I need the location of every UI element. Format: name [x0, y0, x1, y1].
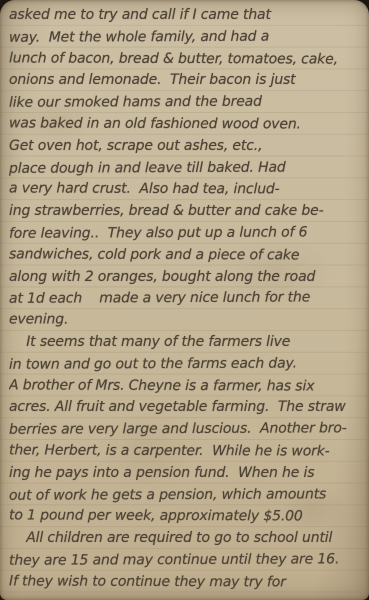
handwriting-line: onions and lemonade. Their bacon is just — [9, 70, 367, 92]
handwriting-line: All children are required to go to schoo… — [9, 528, 367, 550]
handwriting-line: along with 2 oranges, bought along the r… — [9, 267, 367, 289]
handwriting-line: berries are very large and luscious. Ano… — [9, 418, 367, 441]
handwriting-line: asked me to try and call if I came that — [9, 5, 367, 27]
handwriting-line: place dough in and leave till baked. Had — [9, 157, 367, 180]
handwriting-line: It seems that many of the farmers live — [9, 332, 367, 354]
handwriting-line: fore leaving.. They also put up a lunch … — [9, 222, 367, 245]
handwriting-line: lunch of bacon, bread & butter, tomatoes… — [9, 48, 367, 71]
handwriting-line: Get oven hot, scrape out ashes, etc., — [9, 136, 367, 158]
handwriting-line: evening. — [9, 310, 367, 333]
handwriting-line: to 1 pound per week, approximately $5.00 — [9, 506, 367, 529]
handwriting-line: at 1d each made a very nice lunch for th… — [9, 288, 367, 311]
photo-background: asked me to try and call if I came that … — [0, 0, 369, 600]
handwriting-line: ther, Herbert, is a carpenter. While he … — [9, 440, 367, 463]
handwriting-line: like our smoked hams and the bread — [9, 91, 367, 114]
handwriting-line: sandwiches, cold pork and a piece of cak… — [9, 244, 367, 267]
handwriting-line: ing he pays into a pension fund. When he… — [9, 463, 367, 485]
handwriting-line: they are 15 and may continue until they … — [9, 549, 367, 572]
handwriting-line: ing strawberries, bread & butter and cak… — [9, 201, 367, 223]
handwriting-line: If they wish to continue they may try fo… — [9, 571, 367, 594]
handwriting-line: in town and go out to the farms each day… — [9, 353, 367, 376]
handwriting-line: acres. All fruit and vegetable farming. … — [9, 397, 367, 419]
handwriting-line: A brother of Mrs. Cheyne is a farmer, ha… — [9, 375, 367, 398]
handwriting-line: was baked in an old fashioned wood oven. — [9, 113, 367, 136]
handwriting-line: out of work he gets a pension, which amo… — [9, 484, 367, 507]
journal-text: asked me to try and call if I came that … — [9, 5, 367, 600]
handwriting-line: way. Met the whole family, and had a — [9, 26, 367, 49]
handwriting-line: a very hard crust. Also had tea, includ- — [9, 179, 367, 202]
journal-page: asked me to try and call if I came that … — [0, 0, 369, 600]
